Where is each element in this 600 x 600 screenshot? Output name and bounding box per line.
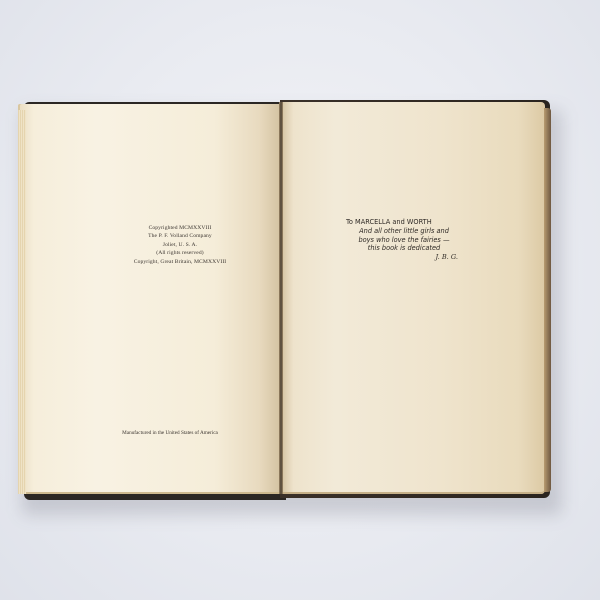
copyright-line: Copyright, Great Britain, MCMXXVIII (118, 258, 242, 266)
right-cover-edge (544, 108, 551, 492)
dedication-line: To MARCELLA and WORTH (344, 218, 464, 227)
dedication-line: this book is dedicated (344, 244, 464, 253)
copyright-line: The P. F. Volland Company (118, 232, 242, 240)
right-page (283, 102, 545, 494)
dedication-signature: J. B. G. (344, 253, 464, 262)
copyright-notice: Copyrighted MCMXXVIII The P. F. Volland … (118, 224, 242, 266)
copyright-line: Joliet, U. S. A. (118, 241, 242, 249)
manufacture-imprint: Manufactured in the United States of Ame… (100, 430, 240, 436)
book-gutter (279, 102, 283, 494)
dedication-line: boys who love the fairies — (344, 236, 464, 245)
copyright-line: Copyrighted MCMXXVIII (118, 224, 242, 232)
dedication: To MARCELLA and WORTH And all other litt… (344, 218, 464, 262)
copyright-line: (All rights reserved) (118, 249, 242, 257)
left-page-edges (18, 110, 26, 494)
dedication-line: And all other little girls and (344, 227, 464, 236)
book-photo: Copyrighted MCMXXVIII The P. F. Volland … (0, 0, 600, 600)
